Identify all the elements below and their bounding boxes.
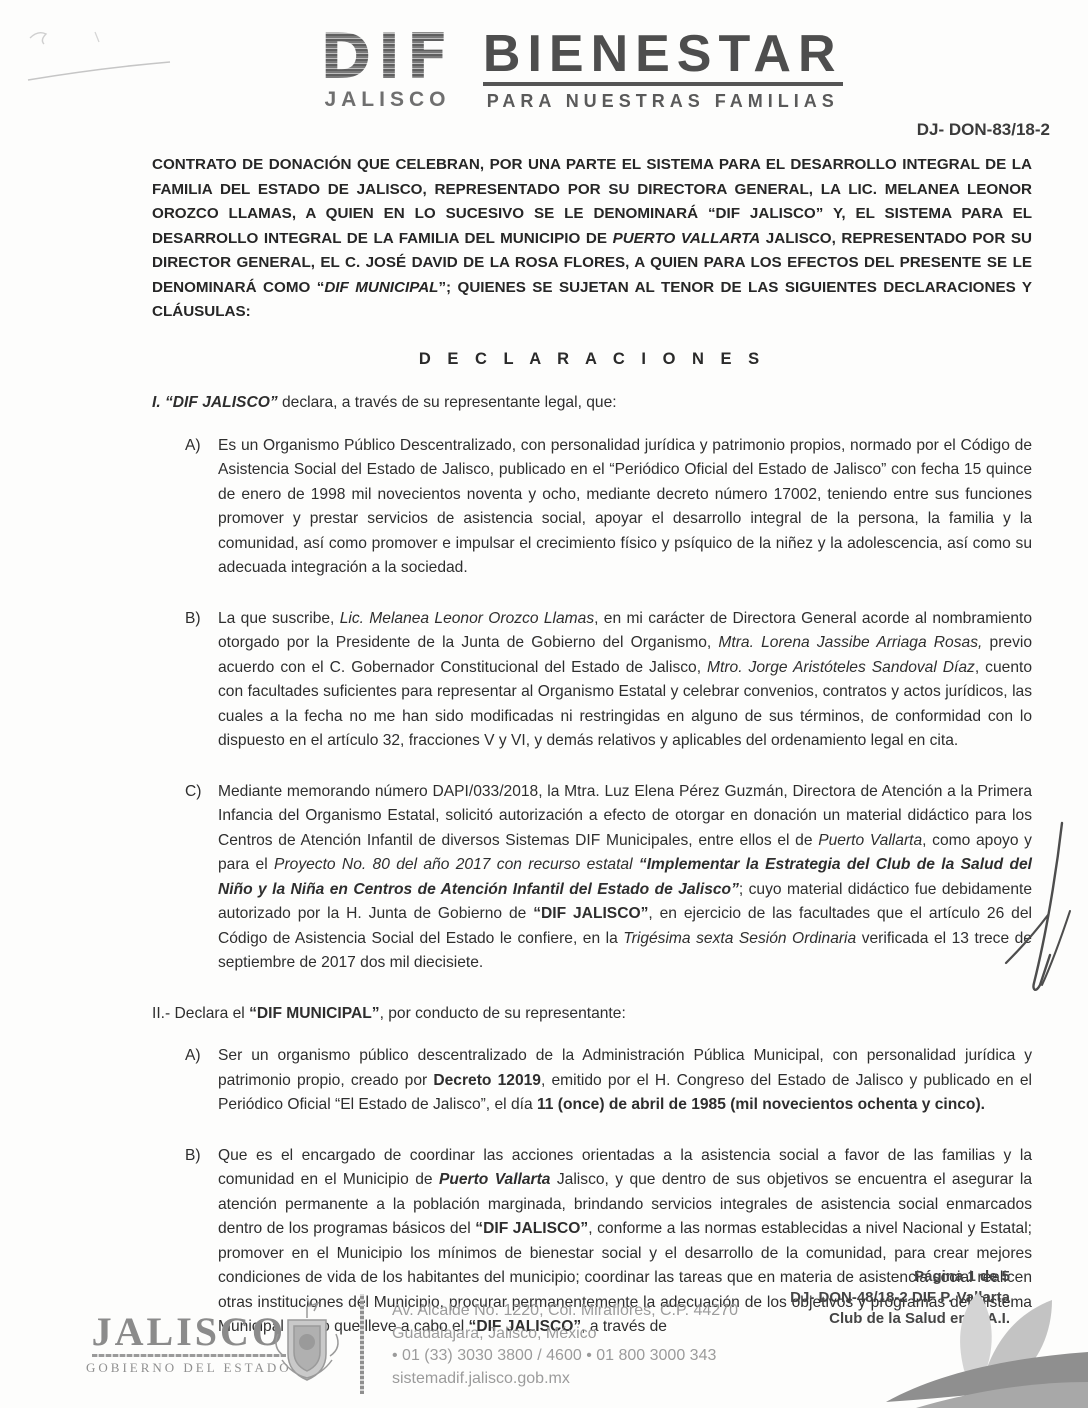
section-2-heading: II.- Declara el “DIF MUNICIPAL”, por con…: [152, 1002, 1032, 1027]
address-line-city: Guadalajara, Jalisco, México: [392, 1323, 738, 1346]
section-1-item-a: A) Es un Organismo Público Descentraliza…: [152, 434, 1032, 581]
bienestar-subtitle: PARA NUESTRAS FAMILIAS: [483, 91, 843, 112]
section-2-item-a: A) Ser un organismo público descentraliz…: [152, 1044, 1032, 1118]
item-label: A): [185, 1044, 201, 1069]
dif-jalisco-logo: DIF JALISCO: [320, 28, 455, 112]
item-text: La que suscribe, Lic. Melanea Leonor Oro…: [218, 610, 1032, 750]
section-1-heading: I. “DIF JALISCO” declara, a través de su…: [152, 391, 1032, 416]
dif-logo-icon: DIF: [320, 28, 455, 86]
bienestar-logo: BIENESTAR PARA NUESTRAS FAMILIAS: [483, 28, 843, 112]
bienestar-title: BIENESTAR: [483, 28, 843, 86]
handwritten-checkmark-annotation: [998, 815, 1088, 1020]
page-number: Página 1 de 5: [790, 1266, 1010, 1287]
declaraciones-heading: D E C L A R A C I O N E S: [152, 347, 1032, 372]
pencil-scribble-marks: [10, 10, 210, 100]
scanned-contract-page: DIF JALISCO BIENESTAR PARA NUESTRAS FAMI…: [0, 0, 1088, 1408]
item-text: Es un Organismo Público Descentralizado,…: [218, 437, 1032, 577]
address-block: Av. Alcalde No. 1220, Col. Miraflores, C…: [392, 1300, 738, 1390]
section-1-item-c: C) Mediante memorando número DAPI/033/20…: [152, 780, 1032, 976]
jalisco-logo-rule: [92, 1354, 286, 1357]
jalisco-gobierno-logo: JALISCO GOBIERNO DEL ESTADO: [86, 1312, 292, 1376]
document-body: CONTRATO DE DONACIÓN QUE CELEBRAN, POR U…: [152, 153, 1032, 1366]
item-text: Ser un organismo público descentralizado…: [218, 1047, 1032, 1113]
footer-divider: [360, 1294, 364, 1394]
address-line-street: Av. Alcalde No. 1220, Col. Miraflores, C…: [392, 1300, 738, 1323]
item-text: Mediante memorando número DAPI/033/2018,…: [218, 783, 1032, 972]
address-line-phones: • 01 (33) 3030 3800 / 4600 • 01 800 3000…: [392, 1345, 738, 1368]
contract-intro-paragraph: CONTRATO DE DONACIÓN QUE CELEBRAN, POR U…: [152, 153, 1032, 325]
item-label: C): [185, 780, 201, 805]
jalisco-wordmark: JALISCO: [86, 1312, 292, 1352]
section-1-item-b: B) La que suscribe, Lic. Melanea Leonor …: [152, 607, 1032, 754]
item-label: B): [185, 1144, 201, 1169]
address-line-website: sistemadif.jalisco.gob.mx: [392, 1368, 738, 1391]
item-label: A): [185, 434, 201, 459]
leaf-decoration: [856, 1290, 1088, 1408]
dif-logo-subtitle: JALISCO: [320, 88, 455, 112]
header: DIF JALISCO BIENESTAR PARA NUESTRAS FAMI…: [320, 28, 840, 112]
item-label: B): [185, 607, 201, 632]
document-reference-number: DJ- DON-83/18-2: [917, 120, 1050, 140]
jalisco-logo-subtitle: GOBIERNO DEL ESTADO: [86, 1360, 292, 1376]
coat-of-arms-icon: [268, 1294, 346, 1394]
